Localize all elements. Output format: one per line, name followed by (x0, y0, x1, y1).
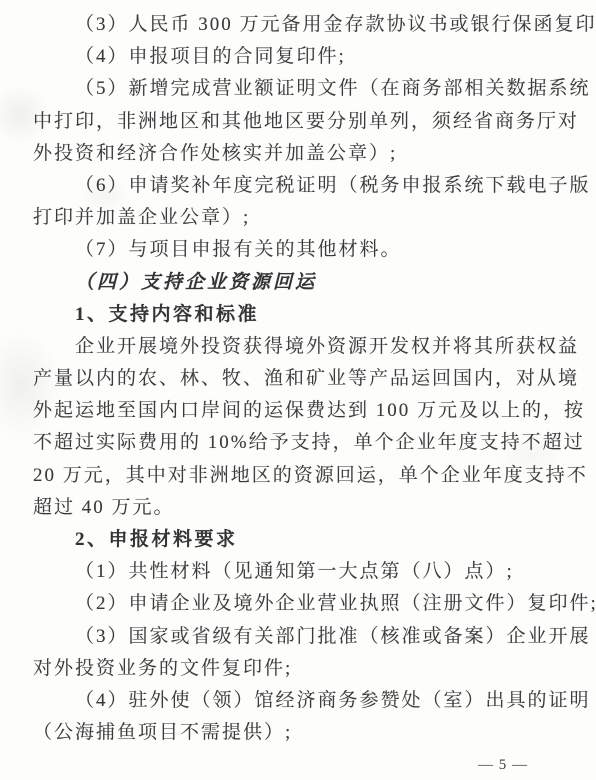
scanned-document-page: （3）人民币 300 万元备用金存款协议书或银行保函复印件;（4）申报项目的合同… (0, 0, 596, 780)
heading-line: （四）支持企业资源回运 (33, 267, 573, 299)
text-line: 不超过实际费用的 10%给予支持，单个企业年度支持不超过 (33, 427, 573, 459)
text-line: （6）申请奖补年度完税证明（税务申报系统下载电子版 (33, 170, 573, 202)
text-line: 中打印，非洲地区和其他地区要分别单列，须经省商务厅对 (33, 106, 573, 138)
text-line: （3）人民币 300 万元备用金存款协议书或银行保函复印件; (33, 9, 573, 41)
text-line: （4）申报项目的合同复印件; (33, 41, 573, 73)
text-line: 产量以内的农、林、牧、渔和矿业等产品运回国内，对从境 (33, 363, 573, 395)
text-line: （7）与项目申报有关的其他材料。 (33, 234, 573, 266)
text-line: 对外投资业务的文件复印件; (33, 653, 573, 685)
text-line: 企业开展境外投资获得境外资源开发权并将其所获权益 (33, 331, 573, 363)
text-line: （4）驻外使（领）馆经济商务参赞处（室）出具的证明 (33, 685, 573, 717)
heading-line: 2、申报材料要求 (33, 524, 573, 556)
text-line: （公海捕鱼项目不需提供）; (33, 717, 573, 749)
text-line: （3）国家或省级有关部门批准（核准或备案）企业开展 (33, 621, 573, 653)
text-line: 20 万元，其中对非洲地区的资源回运，单个企业年度支持不 (33, 460, 573, 492)
text-line: 外投资和经济合作处核实并加盖公章）; (33, 138, 573, 170)
text-line: （5）新增完成营业额证明文件（在商务部相关数据系统 (33, 73, 573, 105)
page-number: — 5 — (478, 757, 528, 774)
text-line: 外起运地至国内口岸间的运保费达到 100 万元及以上的，按 (33, 395, 573, 427)
text-line: 超过 40 万元。 (33, 492, 573, 524)
document-body: （3）人民币 300 万元备用金存款协议书或银行保函复印件;（4）申报项目的合同… (33, 9, 573, 749)
text-line: （2）申请企业及境外企业营业执照（注册文件）复印件; (33, 588, 573, 620)
heading-line: 1、支持内容和标准 (33, 299, 573, 331)
text-line: （1）共性材料（见通知第一大点第（八）点）; (33, 556, 573, 588)
text-line: 打印并加盖企业公章）; (33, 202, 573, 234)
